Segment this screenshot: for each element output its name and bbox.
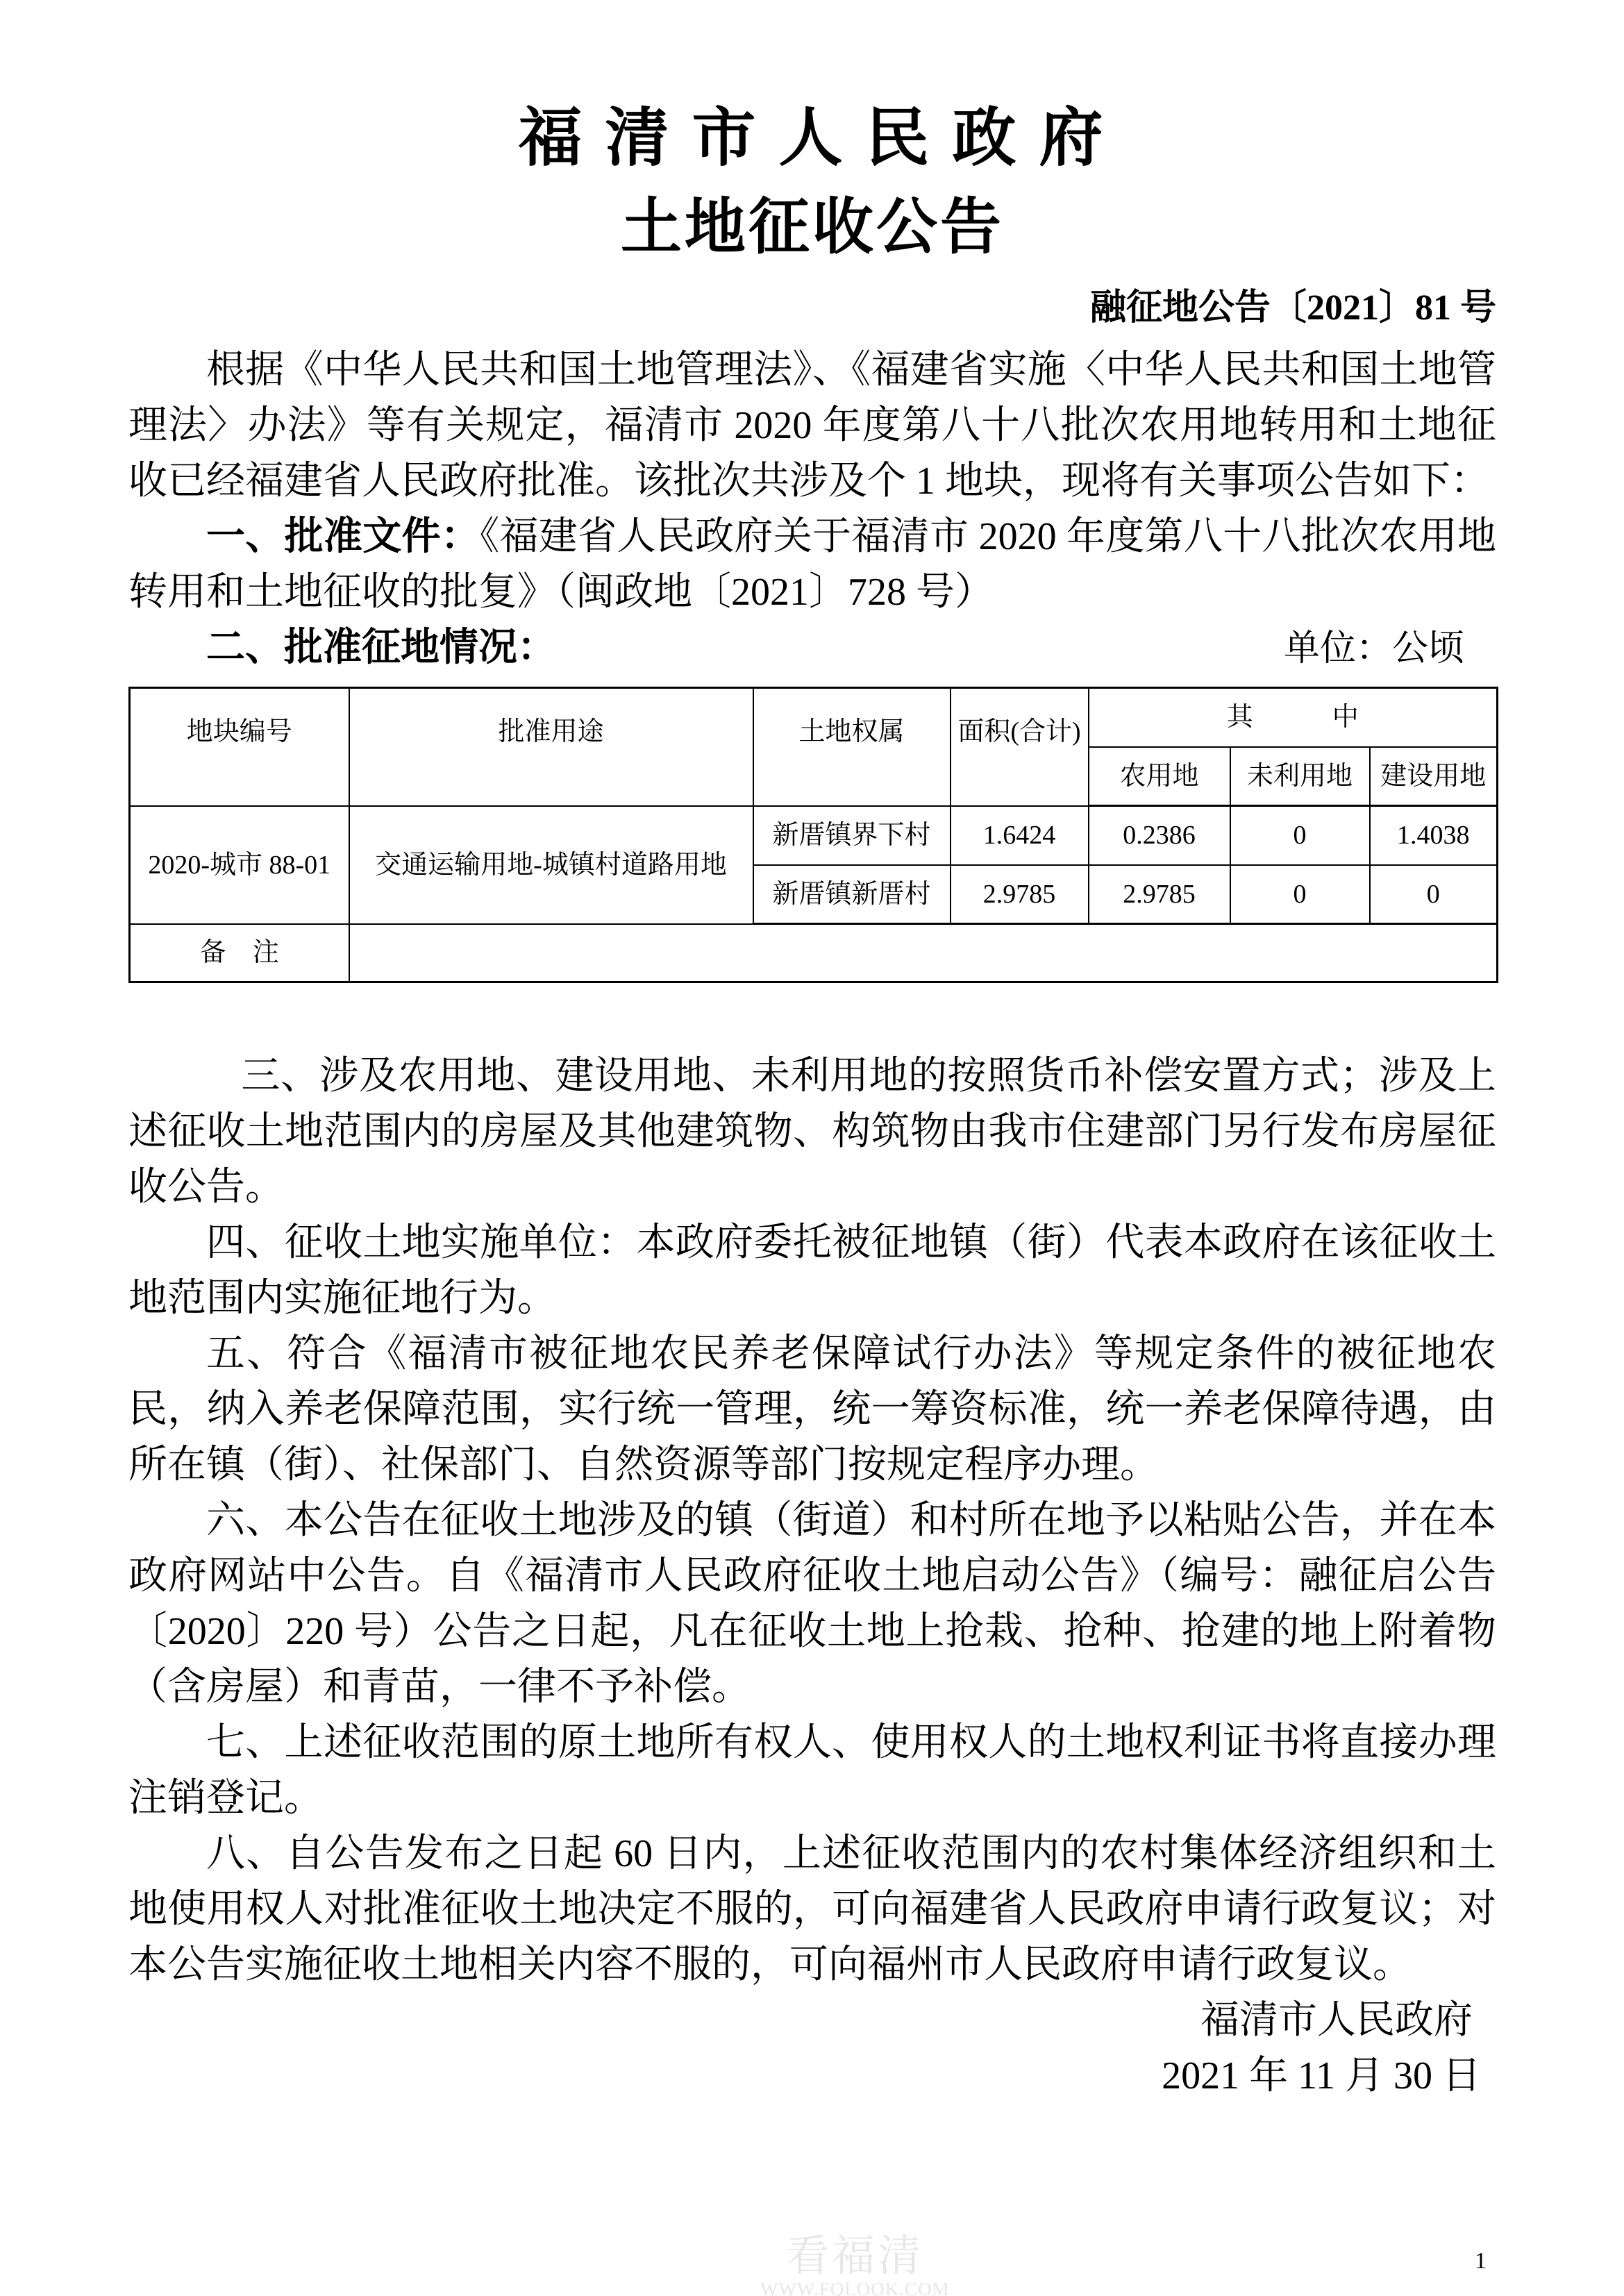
item8-paragraph: 八、自公告发布之日起 60 日内，上述征收范围内的农村集体经济组织和土地使用权人…	[128, 1826, 1496, 1993]
header-agricultural: 农用地	[1089, 747, 1230, 806]
header-area-total: 面积(合计)	[951, 688, 1089, 806]
cell-construction-2: 0	[1370, 865, 1498, 924]
document-body: 根据《中华人民共和国土地管理法》、《福建省实施〈中华人民共和国土地管理法〉办法》…	[128, 342, 1496, 1993]
item4-paragraph: 四、征收土地实施单位：本政府委托被征地镇（街）代表本政府在该征收土地范围内实施征…	[128, 1215, 1496, 1326]
item3-paragraph: 三、涉及农用地、建设用地、未利用地的按照货币补偿安置方式；涉及上述征收土地范围内…	[128, 1048, 1496, 1215]
cell-village-2: 新厝镇新厝村	[753, 865, 951, 924]
page-subtitle: 土地征收公告	[128, 190, 1496, 267]
header-block-no: 地块编号	[130, 688, 349, 806]
watermark-url-text: WWW.FQLOOK.COM	[760, 2279, 950, 2296]
remark-value-cell	[349, 924, 1498, 982]
table-remark-row: 备 注	[130, 924, 1498, 982]
remark-label-cell: 备 注	[130, 924, 349, 982]
signature-issuer: 福清市人民政府	[128, 1993, 1496, 2048]
header-approved-use: 批准用途	[349, 688, 753, 806]
table-row: 2020-城市 88-01 交通运输用地-城镇村道路用地 新厝镇界下村 1.64…	[130, 806, 1498, 865]
cell-block-no: 2020-城市 88-01	[130, 806, 349, 924]
header-unused: 未利用地	[1230, 747, 1370, 806]
item1-label: 一、批准文件：	[206, 515, 480, 558]
cell-total-2: 2.9785	[951, 865, 1089, 924]
land-acquisition-table: 地块编号 批准用途 土地权属 面积(合计) 其 中 农用地 未利用地 建设用地 …	[128, 687, 1498, 983]
watermark-logo-text: 看福清	[760, 2234, 950, 2279]
header-ownership: 土地权属	[753, 688, 951, 806]
signature-date: 2021 年 11 月 30 日	[128, 2048, 1496, 2104]
header-among: 其 中	[1089, 688, 1498, 747]
page-title: 福 清 市 人 民 政 府	[128, 97, 1496, 181]
site-watermark: 看福清 WWW.FQLOOK.COM	[760, 2234, 950, 2296]
item6-paragraph: 六、本公告在征收土地涉及的镇（街道）和村所在地予以粘贴公告，并在本政府网站中公告…	[128, 1493, 1496, 1715]
cell-construction-1: 1.4038	[1370, 806, 1498, 865]
cell-unused-2: 0	[1230, 865, 1370, 924]
item2-label: 二、批准征地情况：	[128, 620, 556, 676]
cell-approved-use: 交通运输用地-城镇村道路用地	[349, 806, 753, 924]
document-number: 融征地公告〔2021〕81 号	[128, 285, 1496, 332]
item7-paragraph: 七、上述征收范围的原土地所有权人、使用权人的土地权利证书将直接办理注销登记。	[128, 1715, 1496, 1826]
cell-agricultural-1: 0.2386	[1089, 806, 1230, 865]
announcement-page: 福 清 市 人 民 政 府 土地征收公告 融征地公告〔2021〕81 号 根据《…	[0, 0, 1624, 2296]
header-construction: 建设用地	[1370, 747, 1498, 806]
table-header-row-1: 地块编号 批准用途 土地权属 面积(合计) 其 中	[130, 688, 1498, 747]
item5-paragraph: 五、符合《福清市被征地农民养老保障试行办法》等规定条件的被征地农民，纳入养老保障…	[128, 1326, 1496, 1493]
signature-block: 福清市人民政府 2021 年 11 月 30 日	[128, 1993, 1496, 2104]
intro-paragraph: 根据《中华人民共和国土地管理法》、《福建省实施〈中华人民共和国土地管理法〉办法》…	[128, 342, 1496, 509]
page-number: 1	[1475, 2248, 1487, 2274]
cell-village-1: 新厝镇界下村	[753, 806, 951, 865]
unit-note: 单位：公顷	[1284, 621, 1496, 677]
cell-agricultural-2: 2.9785	[1089, 865, 1230, 924]
item1-paragraph: 一、批准文件：《福建省人民政府关于福清市 2020 年度第八十八批次农用地转用和…	[128, 509, 1496, 620]
item2-row: 二、批准征地情况： 单位：公顷	[128, 620, 1496, 677]
cell-unused-1: 0	[1230, 806, 1370, 865]
cell-total-1: 1.6424	[951, 806, 1089, 865]
